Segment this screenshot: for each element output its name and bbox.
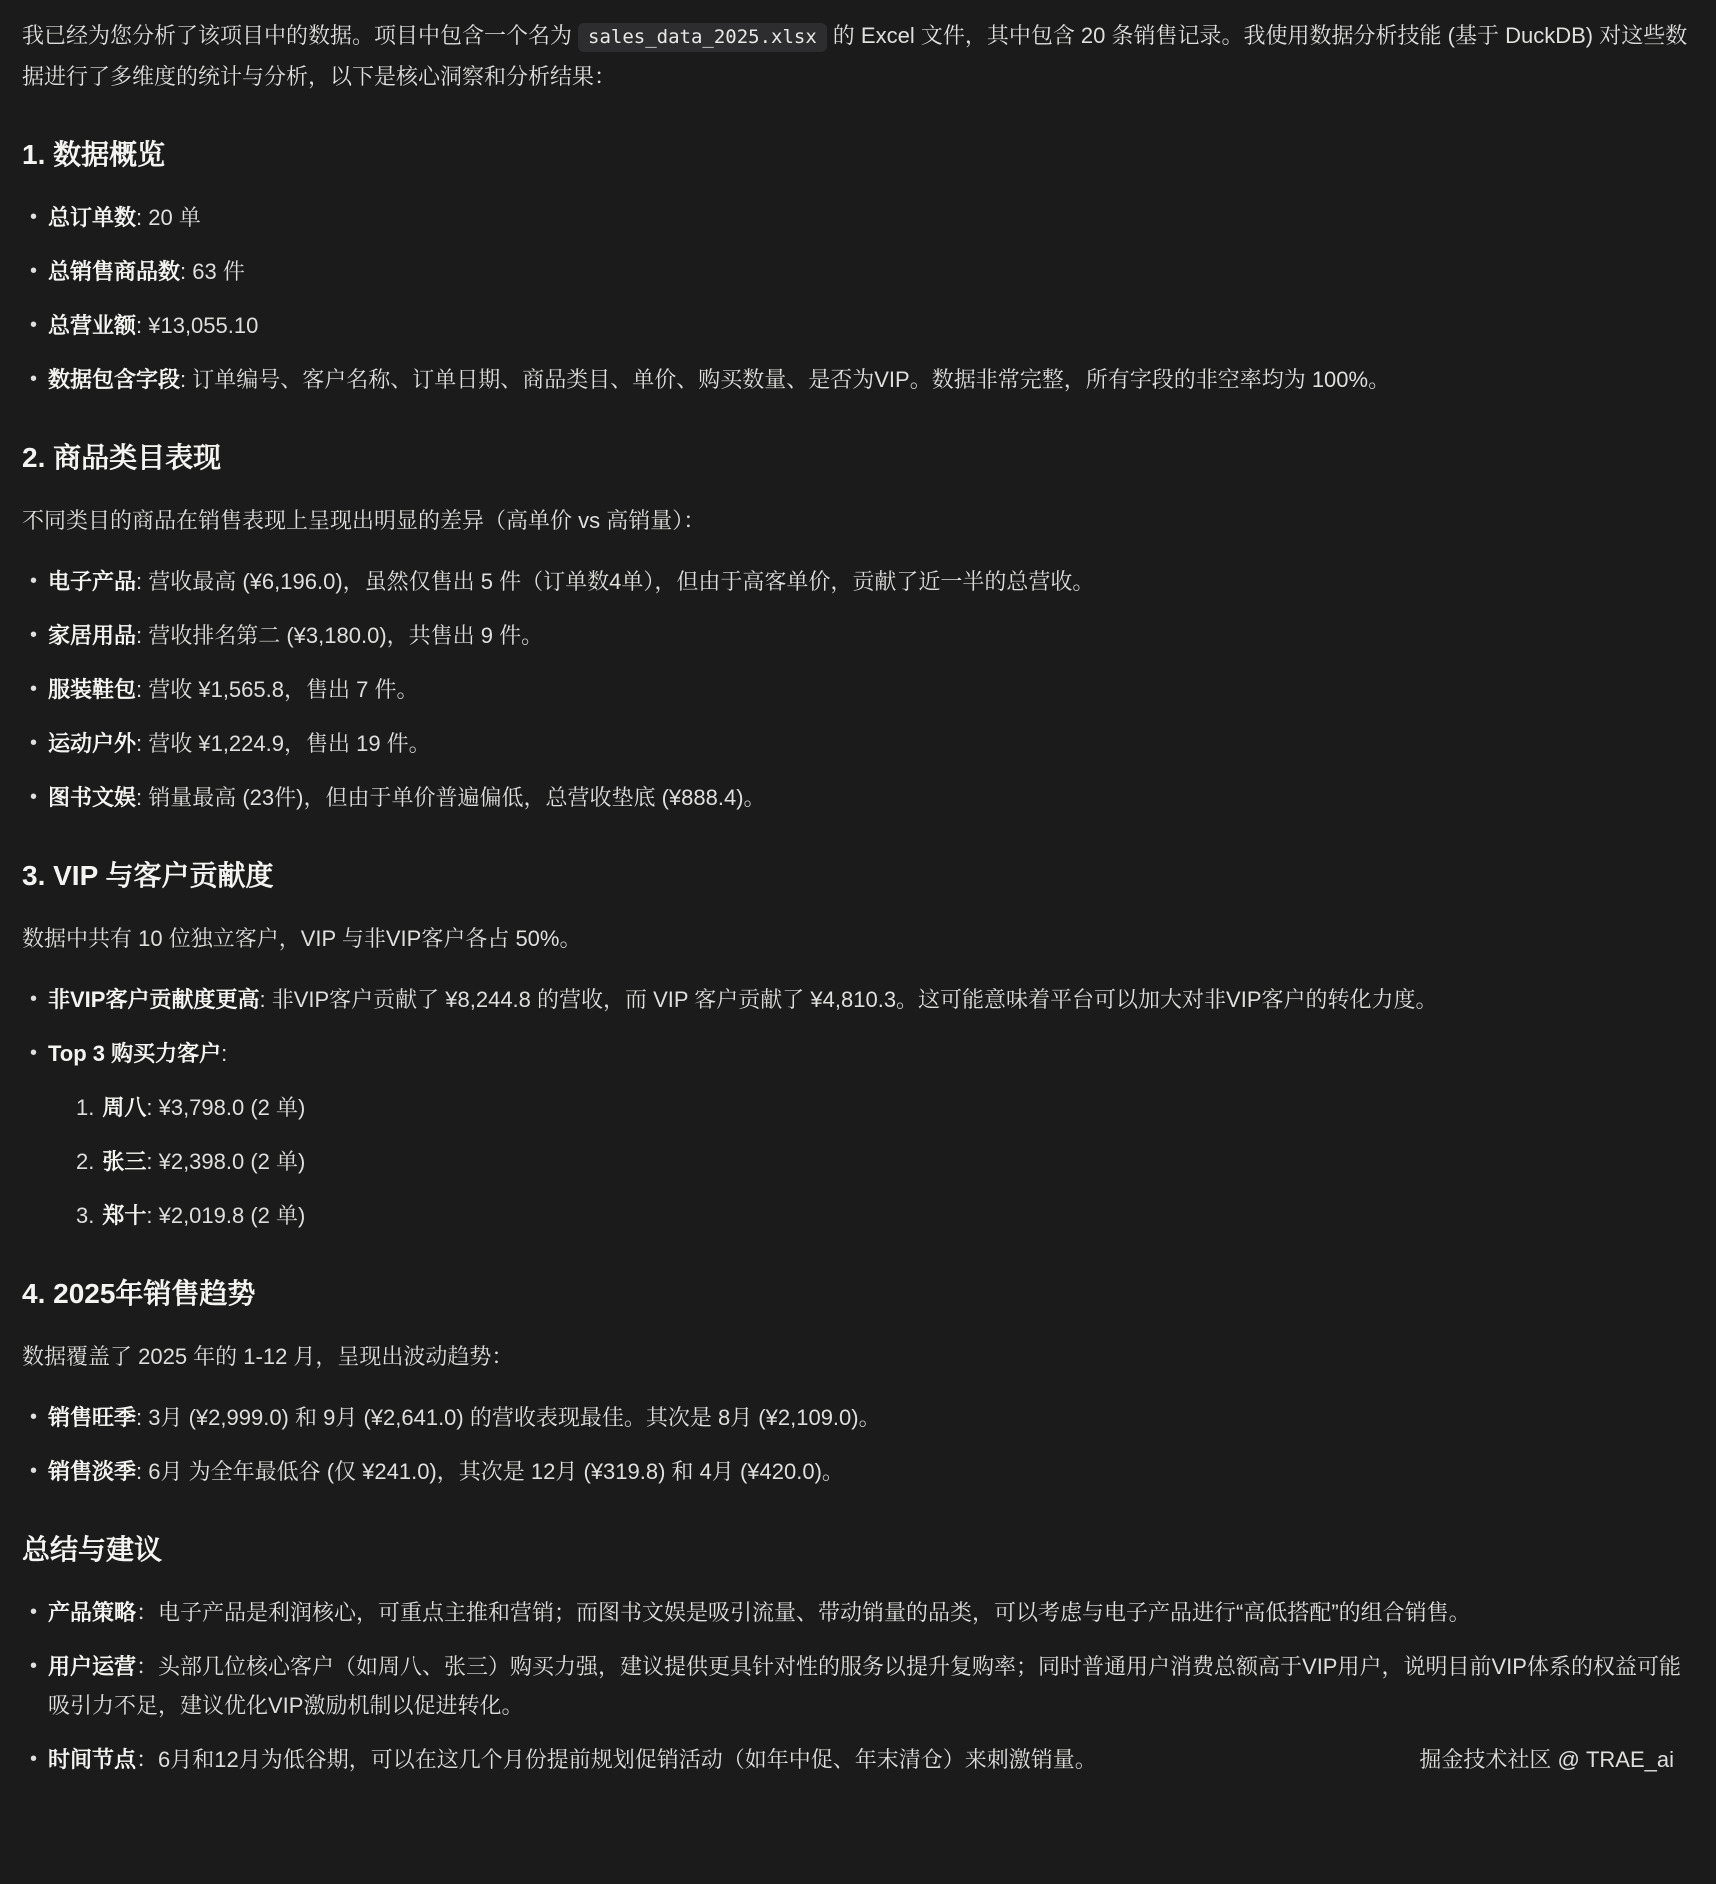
customer-value: : ¥3,798.0 (2 单) — [146, 1095, 305, 1120]
list-item: 总营业额: ¥13,055.10 — [22, 306, 1694, 345]
item-text: : 营收 ¥1,565.8，售出 7 件。 — [136, 677, 418, 702]
item-lead: 家居用品 — [48, 623, 136, 648]
list-item: Top 3 购买力客户: 1.周八: ¥3,798.0 (2 单) 2.张三: … — [22, 1034, 1694, 1235]
list-item: 服装鞋包: 营收 ¥1,565.8，售出 7 件。 — [22, 670, 1694, 709]
item-lead: Top 3 购买力客户 — [48, 1041, 221, 1066]
section-heading-category: 2. 商品类目表现 — [22, 439, 1694, 476]
item-text: : 3月 (¥2,999.0) 和 9月 (¥2,641.0) 的营收表现最佳。… — [136, 1405, 881, 1430]
numbered-item: 1.周八: ¥3,798.0 (2 单) — [76, 1088, 1694, 1127]
list-item: 运动户外: 营收 ¥1,224.9，售出 19 件。 — [22, 724, 1694, 763]
intro-paragraph: 我已经为您分析了该项目中的数据。项目中包含一个名为sales_data_2025… — [22, 16, 1694, 96]
list-item: 非VIP客户贡献度更高: 非VIP客户贡献了 ¥8,244.8 的营收，而 VI… — [22, 980, 1694, 1019]
customer-value: : ¥2,019.8 (2 单) — [146, 1203, 305, 1228]
list-item: 家居用品: 营收排名第二 (¥3,180.0)，共售出 9 件。 — [22, 616, 1694, 655]
customer-name: 周八 — [102, 1095, 146, 1120]
item-lead: 数据包含字段 — [48, 367, 180, 392]
item-text: : 63 件 — [180, 259, 245, 284]
item-number: 3. — [76, 1203, 94, 1228]
item-lead: 服装鞋包 — [48, 677, 136, 702]
customer-name: 张三 — [102, 1149, 146, 1174]
item-text: : 6月 为全年最低谷 (仅 ¥241.0)，其次是 12月 (¥319.8) … — [136, 1459, 844, 1484]
vip-intro: 数据中共有 10 位独立客户，VIP 与非VIP客户各占 50%。 — [22, 919, 1694, 958]
list-item: 产品策略：电子产品是利润核心，可重点主推和营销；而图书文娱是吸引流量、带动销量的… — [22, 1593, 1694, 1632]
item-text: : 营收 ¥1,224.9，售出 19 件。 — [136, 731, 431, 756]
item-text: ：6月和12月为低谷期，可以在这几个月份提前规划促销活动（如年中促、年末清仓）来… — [136, 1747, 1097, 1772]
analysis-report: 我已经为您分析了该项目中的数据。项目中包含一个名为sales_data_2025… — [0, 0, 1716, 1884]
item-lead: 图书文娱 — [48, 785, 136, 810]
item-lead: 运动户外 — [48, 731, 136, 756]
item-lead: 总营业额 — [48, 313, 136, 338]
item-text: : 营收最高 (¥6,196.0)，虽然仅售出 5 件（订单数4单），但由于高客… — [136, 569, 1094, 594]
item-lead: 用户运营 — [48, 1654, 136, 1679]
item-text: : 20 单 — [136, 205, 201, 230]
item-lead: 销售旺季 — [48, 1405, 136, 1430]
category-list: 电子产品: 营收最高 (¥6,196.0)，虽然仅售出 5 件（订单数4单），但… — [22, 562, 1694, 817]
item-text: : ¥13,055.10 — [136, 313, 258, 338]
item-number: 1. — [76, 1095, 94, 1120]
summary-list: 产品策略：电子产品是利润核心，可重点主推和营销；而图书文娱是吸引流量、带动销量的… — [22, 1593, 1694, 1779]
section-heading-vip: 3. VIP 与客户贡献度 — [22, 857, 1694, 894]
item-lead: 总订单数 — [48, 205, 136, 230]
item-lead: 电子产品 — [48, 569, 136, 594]
item-text: : 营收排名第二 (¥3,180.0)，共售出 9 件。 — [136, 623, 543, 648]
watermark: 掘金技术社区 @ TRAE_ai — [1419, 1740, 1674, 1779]
customer-name: 郑十 — [102, 1203, 146, 1228]
list-item: 图书文娱: 销量最高 (23件)，但由于单价普遍偏低，总营收垫底 (¥888.4… — [22, 778, 1694, 817]
list-item: 数据包含字段: 订单编号、客户名称、订单日期、商品类目、单价、购买数量、是否为V… — [22, 360, 1694, 399]
section-heading-summary: 总结与建议 — [22, 1531, 1694, 1568]
list-item: 总订单数: 20 单 — [22, 198, 1694, 237]
item-text: ：头部几位核心客户（如周八、张三）购买力强，建议提供更具针对性的服务以提升复购率… — [48, 1654, 1681, 1718]
section-heading-trend: 4. 2025年销售趋势 — [22, 1275, 1694, 1312]
item-lead: 非VIP客户贡献度更高 — [48, 987, 259, 1012]
item-lead: 总销售商品数 — [48, 259, 180, 284]
item-text: : 非VIP客户贡献了 ¥8,244.8 的营收，而 VIP 客户贡献了 ¥4,… — [259, 987, 1437, 1012]
item-text: : 订单编号、客户名称、订单日期、商品类目、单价、购买数量、是否为VIP。数据非… — [180, 367, 1390, 392]
item-lead: 时间节点 — [48, 1747, 136, 1772]
top-customers-list: 1.周八: ¥3,798.0 (2 单) 2.张三: ¥2,398.0 (2 单… — [48, 1088, 1694, 1235]
item-number: 2. — [76, 1149, 94, 1174]
inline-code-filename: sales_data_2025.xlsx — [578, 23, 827, 52]
list-item: 用户运营：头部几位核心客户（如周八、张三）购买力强，建议提供更具针对性的服务以提… — [22, 1647, 1694, 1725]
numbered-item: 2.张三: ¥2,398.0 (2 单) — [76, 1142, 1694, 1181]
list-item: 电子产品: 营收最高 (¥6,196.0)，虽然仅售出 5 件（订单数4单），但… — [22, 562, 1694, 601]
overview-list: 总订单数: 20 单 总销售商品数: 63 件 总营业额: ¥13,055.10… — [22, 198, 1694, 399]
trend-list: 销售旺季: 3月 (¥2,999.0) 和 9月 (¥2,641.0) 的营收表… — [22, 1398, 1694, 1491]
item-text: : 销量最高 (23件)，但由于单价普遍偏低，总营收垫底 (¥888.4)。 — [136, 785, 766, 810]
list-item: 掘金技术社区 @ TRAE_ai时间节点：6月和12月为低谷期，可以在这几个月份… — [22, 1740, 1694, 1779]
category-intro: 不同类目的商品在销售表现上呈现出明显的差异（高单价 vs 高销量）： — [22, 501, 1694, 540]
vip-list: 非VIP客户贡献度更高: 非VIP客户贡献了 ¥8,244.8 的营收，而 VI… — [22, 980, 1694, 1235]
numbered-item: 3.郑十: ¥2,019.8 (2 单) — [76, 1196, 1694, 1235]
item-lead: 产品策略 — [48, 1600, 136, 1625]
customer-value: : ¥2,398.0 (2 单) — [146, 1149, 305, 1174]
list-item: 销售旺季: 3月 (¥2,999.0) 和 9月 (¥2,641.0) 的营收表… — [22, 1398, 1694, 1437]
list-item: 总销售商品数: 63 件 — [22, 252, 1694, 291]
item-text: : — [221, 1041, 227, 1066]
trend-intro: 数据覆盖了 2025 年的 1-12 月，呈现出波动趋势： — [22, 1337, 1694, 1376]
intro-text-before: 我已经为您分析了该项目中的数据。项目中包含一个名为 — [22, 23, 572, 48]
list-item: 销售淡季: 6月 为全年最低谷 (仅 ¥241.0)，其次是 12月 (¥319… — [22, 1452, 1694, 1491]
section-heading-overview: 1. 数据概览 — [22, 136, 1694, 173]
item-lead: 销售淡季 — [48, 1459, 136, 1484]
item-text: ：电子产品是利润核心，可重点主推和营销；而图书文娱是吸引流量、带动销量的品类，可… — [136, 1600, 1471, 1625]
